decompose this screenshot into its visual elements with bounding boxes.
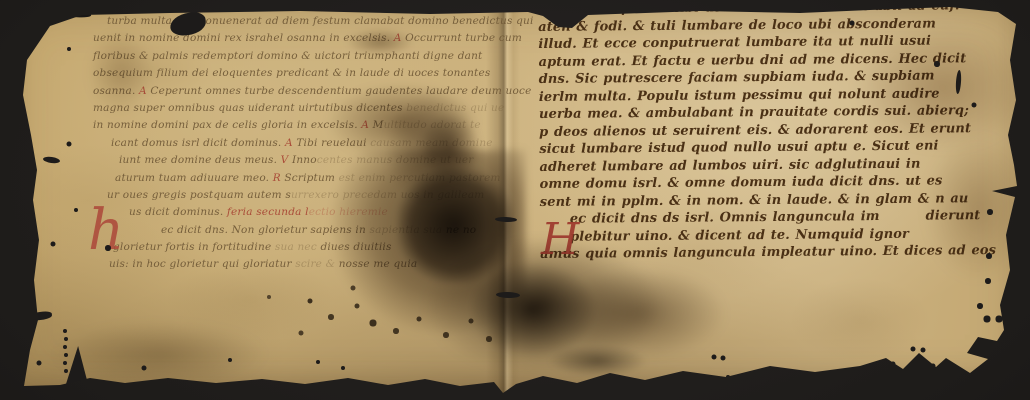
text-line: osanna. A Ceperunt omnes turbe descenden…	[93, 83, 534, 100]
text-line: aturum tuam adiuuare meo. R Scriptum est…	[93, 170, 534, 187]
worm-holes	[0, 0, 2, 2]
scratch-mark	[0, 11, 55, 17]
text-line: uis: in hoc glorietur qui gloriatur scir…	[93, 256, 534, 273]
right-page-text: quod preceperam tibi ut absconderes ibi.…	[538, 0, 996, 263]
text-line: magna super omnibus quas uiderant uirtut…	[93, 100, 534, 117]
text-line: obsequium filium dei eloquentes predican…	[93, 65, 534, 82]
photo-background: turba multa que conuenerat ad diem festu…	[0, 0, 1030, 400]
text-line: icant domus isrl dicit dominus. A Tibi r…	[93, 135, 534, 152]
text-line: uenit in nomine domini rex israhel osann…	[93, 30, 534, 47]
text-line: us dicit dominus. feria secunda lectio h…	[93, 204, 534, 221]
text-line: floribus & palmis redemptori domino & ui…	[93, 48, 534, 65]
text-line: in nomine domini pax de celis gloria in …	[93, 117, 534, 134]
illuminated-initial-left: h	[88, 198, 124, 263]
illuminated-initial-right: H	[541, 214, 579, 265]
text-line: iunt mee domine deus meus. V Innocentes …	[93, 152, 534, 169]
text-line: ur oues gregis postquam autem surrexero …	[93, 187, 534, 204]
left-page-text: turba multa que conuenerat ad diem festu…	[93, 13, 534, 274]
text-line: ec dicit dns. Non glorietur sapiens in s…	[93, 222, 534, 239]
ink-specks	[0, 0, 2, 2]
text-line: turba multa que conuenerat ad diem festu…	[93, 13, 534, 30]
text-line: glorietur fortis in fortitudine sua nec …	[93, 239, 534, 256]
parchment-sheet: turba multa que conuenerat ad diem festu…	[0, 0, 1030, 400]
scratch-mark	[0, 14, 32, 18]
